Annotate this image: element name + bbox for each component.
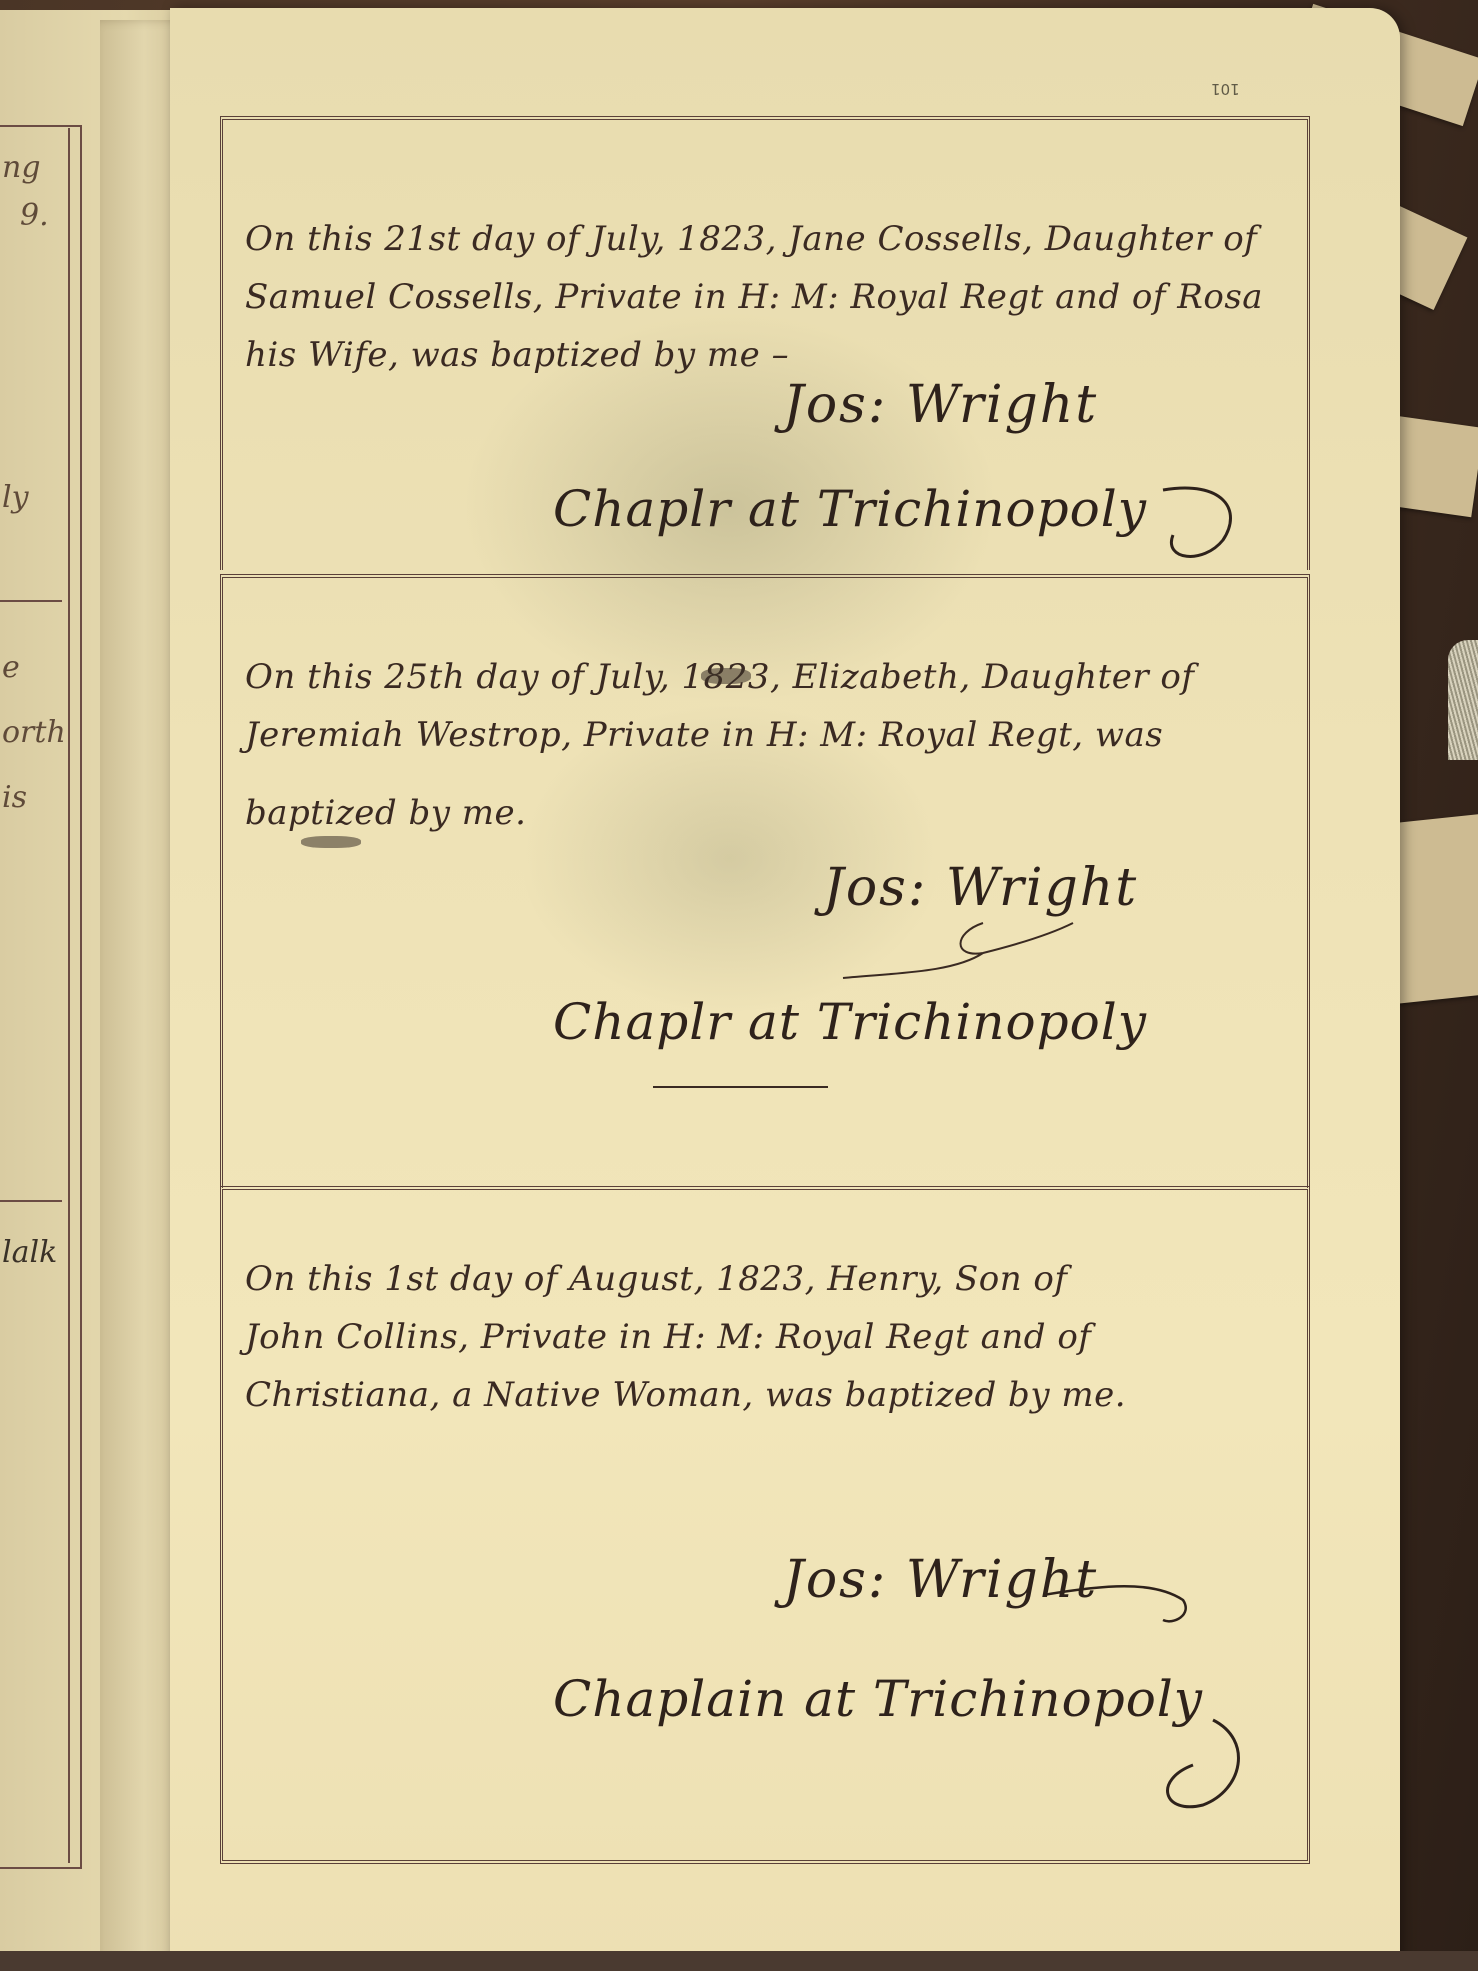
flourish-icon — [1123, 1710, 1263, 1820]
entry-line: On this 21st day of July, 1823, Jane Cos… — [245, 210, 1285, 268]
ink-blot — [701, 668, 751, 684]
entry-line: his Wife, was baptized by me – — [245, 326, 1285, 384]
entry-line: Christiana, a Native Woman, was baptized… — [245, 1366, 1285, 1424]
left-page-frame-inner — [0, 128, 70, 1863]
left-fragment-text: ng — [2, 150, 41, 185]
left-fragment-text: orth — [2, 715, 66, 750]
entry-2-text: On this 25th day of July, 1823, Elizabet… — [245, 648, 1285, 842]
entry-line: baptized by me. — [245, 784, 1285, 842]
entry-line: Samuel Cossells, Private in H: M: Royal … — [245, 268, 1285, 326]
baptism-entry-3: On this 1st day of August, 1823, Henry, … — [220, 1186, 1310, 1864]
left-page-divider — [0, 1200, 62, 1202]
signature-title: Chaplain at Trichinopoly — [553, 1670, 1203, 1728]
entry-line: John Collins, Private in H: M: Royal Reg… — [245, 1308, 1285, 1366]
entry-line: On this 1st day of August, 1823, Henry, … — [245, 1250, 1285, 1308]
cleaning-brush — [1448, 640, 1478, 760]
flourish-icon — [1133, 480, 1253, 570]
flourish-icon — [833, 913, 1133, 983]
signature-title: Chaplr at Trichinopoly — [553, 480, 1147, 538]
signature-name: Jos: Wright — [783, 375, 1098, 435]
entry-line: Jeremiah Westrop, Private in H: M: Royal… — [245, 706, 1285, 764]
entry-3-text: On this 1st day of August, 1823, Henry, … — [245, 1250, 1285, 1424]
page-number: 101 — [1211, 80, 1240, 98]
flourish-icon — [1043, 1575, 1203, 1635]
table-edge — [0, 1951, 1478, 1971]
register-page: 101 On this 21st day of July, 1823, Jane… — [170, 8, 1400, 1971]
baptism-entry-2: On this 25th day of July, 1823, Elizabet… — [220, 574, 1310, 1188]
closing-rule — [653, 1086, 828, 1088]
left-page-divider — [0, 600, 62, 602]
ink-blot — [301, 836, 361, 848]
ruled-frame: On this 21st day of July, 1823, Jane Cos… — [220, 116, 1310, 1856]
entry-line: On this 25th day of July, 1823, Elizabet… — [245, 648, 1285, 706]
left-fragment-text: 9. — [20, 198, 49, 233]
entry-1-text: On this 21st day of July, 1823, Jane Cos… — [245, 210, 1285, 384]
signature-title: Chaplr at Trichinopoly — [553, 993, 1147, 1051]
left-fragment-text: ly — [2, 480, 29, 515]
left-fragment-text: is — [2, 780, 27, 815]
left-fragment-text: e — [2, 650, 20, 685]
left-fragment-text: lalk — [2, 1235, 57, 1270]
baptism-entry-1: On this 21st day of July, 1823, Jane Cos… — [220, 116, 1310, 570]
signature-name: Jos: Wright — [823, 858, 1138, 918]
